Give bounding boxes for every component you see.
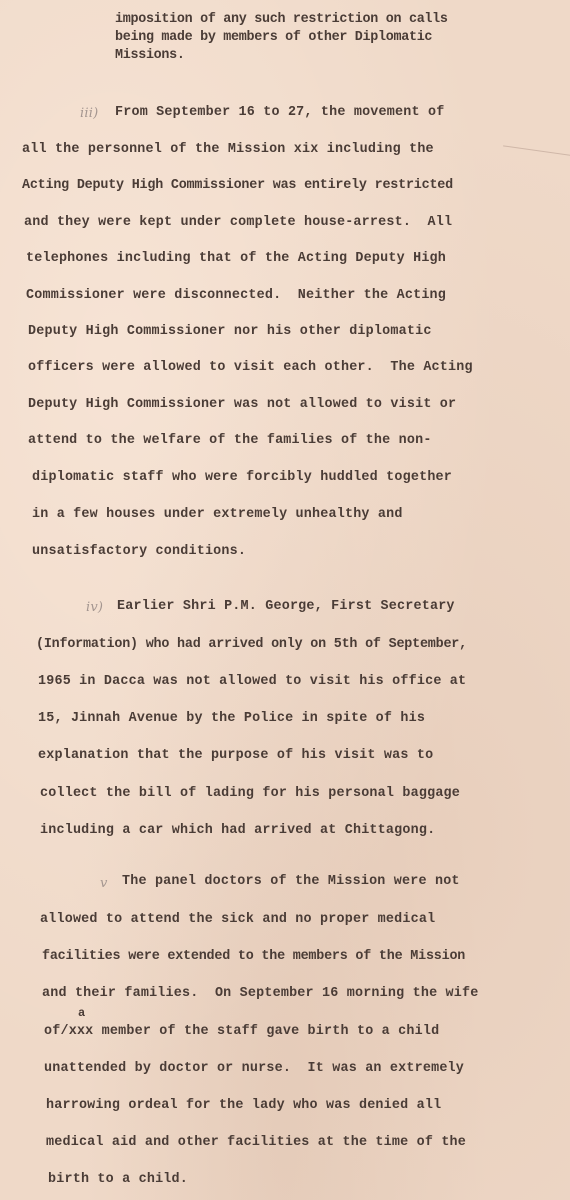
paragraph-line: telephones including that of the Acting …	[26, 251, 446, 266]
paper-fold-mark	[497, 145, 570, 195]
paragraph-line: birth to a child.	[48, 1172, 188, 1187]
paragraph-marker-v: v	[100, 876, 108, 891]
intro-line: being made by members of other Diplomati…	[115, 30, 432, 45]
paragraph-line: medical aid and other facilities at the …	[46, 1135, 466, 1150]
paragraph-line: collect the bill of lading for his perso…	[40, 786, 460, 801]
paragraph-marker-iv: iv)	[86, 600, 103, 615]
paragraph-line: officers were allowed to visit each othe…	[28, 360, 473, 375]
paragraph-line: and their families. On September 16 morn…	[42, 986, 479, 1001]
inserted-word: a	[78, 1006, 85, 1020]
paragraph-line: diplomatic staff who were forcibly huddl…	[32, 470, 452, 485]
paragraph-line: explanation that the purpose of his visi…	[38, 748, 433, 763]
paragraph-line: unattended by doctor or nurse. It was an…	[44, 1061, 464, 1076]
paragraph-line: The panel doctors of the Mission were no…	[122, 874, 460, 889]
paragraph-marker-iii: iii)	[80, 106, 98, 121]
paragraph-line: Deputy High Commissioner was not allowed…	[28, 397, 456, 412]
paragraph-line: and they were kept under complete house-…	[24, 215, 452, 230]
paragraph-line: all the personnel of the Mission xix inc…	[22, 142, 434, 157]
intro-line: imposition of any such restriction on ca…	[115, 12, 448, 27]
paragraph-line: 15, Jinnah Avenue by the Police in spite…	[38, 711, 425, 726]
paragraph-line: 1965 in Dacca was not allowed to visit h…	[38, 674, 466, 689]
paragraph-line: allowed to attend the sick and no proper…	[40, 912, 435, 927]
paragraph-line: harrowing ordeal for the lady who was de…	[46, 1098, 441, 1113]
paragraph-line: of/xxx member of the staff gave birth to…	[44, 1024, 439, 1039]
paragraph-line: attend to the welfare of the families of…	[28, 433, 432, 448]
intro-line: Missions.	[115, 48, 185, 63]
paragraph-line: facilities were extended to the members …	[42, 949, 465, 964]
paragraph-line: Earlier Shri P.M. George, First Secretar…	[117, 599, 455, 614]
typewritten-page: imposition of any such restriction on ca…	[0, 0, 570, 1200]
paragraph-line: including a car which had arrived at Chi…	[40, 823, 435, 838]
paragraph-line: Acting Deputy High Commissioner was enti…	[22, 178, 453, 193]
paragraph-line: unsatisfactory conditions.	[32, 544, 246, 559]
paragraph-line: in a few houses under extremely unhealth…	[32, 507, 403, 522]
paragraph-line: Commissioner were disconnected. Neither …	[26, 288, 446, 303]
paragraph-line: Deputy High Commissioner nor his other d…	[28, 324, 432, 339]
paragraph-line: From September 16 to 27, the movement of	[115, 105, 444, 120]
paragraph-line: (Information) who had arrived only on 5t…	[36, 637, 467, 652]
